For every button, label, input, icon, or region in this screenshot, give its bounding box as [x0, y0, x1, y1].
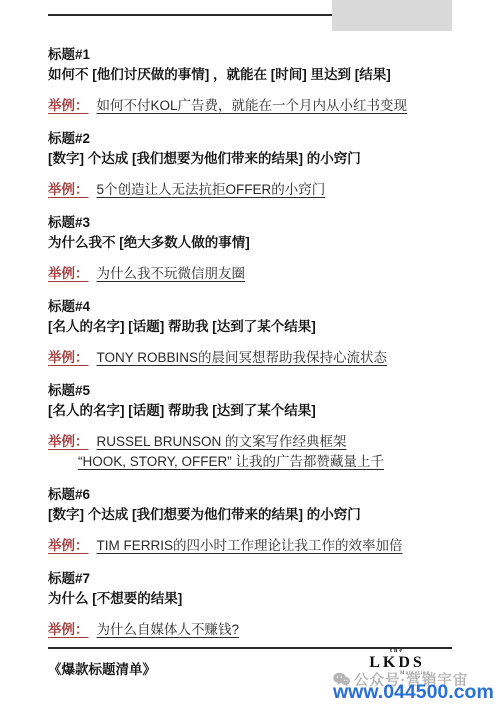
title-template-text: 为什么我不 [绝大多数人做的事情] [48, 233, 456, 252]
section-title: 标题#4 [48, 298, 456, 316]
example-row: 举例： 为什么自媒体人不赚钱? [48, 621, 456, 639]
example-row: 举例： 为什么我不玩微信朋友圈 [48, 265, 456, 283]
section-title: 标题#6 [48, 486, 456, 504]
section-title: 标题#1 [48, 46, 456, 64]
title-template-section: 标题#5 [名人的名字] [话题] 帮助我 [达到了某个结果] 举例： RUSS… [48, 382, 456, 471]
title-template-text: [名人的名字] [话题] 帮助我 [达到了某个结果] [48, 401, 456, 420]
example-label: 举例： [48, 181, 89, 199]
example-text: 如何不付KOL广告费，就能在一个月内从小红书变现 [97, 97, 408, 115]
example-text: 为什么自媒体人不赚钱? [97, 621, 240, 639]
example-row: 举例： 如何不付KOL广告费，就能在一个月内从小红书变现 [48, 97, 456, 115]
example-text: TIM FERRIS的四小时工作理论让我工作的效率加倍 [97, 537, 403, 555]
section-title: 标题#7 [48, 570, 456, 588]
document-footer-title: 《爆款标题清单》 [48, 658, 156, 678]
document-page: 标题#1 如何不 [他们讨厌做的事情] ，就能在 [时间] 里达到 [结果] 举… [0, 0, 500, 706]
example-label: 举例： [48, 349, 89, 367]
title-template-section: 标题#4 [名人的名字] [话题] 帮助我 [达到了某个结果] 举例： TONY… [48, 298, 456, 367]
example-text: 为什么我不玩微信朋友圈 [97, 265, 246, 283]
example-text-line2: “HOOK, STORY, OFFER” 让我的广告都赞藏量上千 [78, 453, 456, 471]
example-row: 举例： 5个创造让人无法抗拒OFFER的小窍门 [48, 181, 456, 199]
example-text: 5个创造让人无法抗拒OFFER的小窍门 [97, 181, 326, 199]
title-templates-list: 标题#1 如何不 [他们讨厌做的事情] ，就能在 [时间] 里达到 [结果] 举… [48, 46, 456, 654]
example-row: 举例： TONY ROBBINS的晨间冥想帮助我保持心流状态 [48, 349, 456, 367]
example-label: 举例： [48, 621, 89, 639]
example-text: RUSSEL BRUNSON 的文案写作经典框架 [97, 433, 347, 451]
title-template-section: 标题#3 为什么我不 [绝大多数人做的事情] 举例： 为什么我不玩微信朋友圈 [48, 214, 456, 283]
title-template-text: [数字] 个达成 [我们想要为他们带来的结果] 的小窍门 [48, 149, 456, 168]
top-right-gray-block [332, 0, 452, 31]
example-label: 举例： [48, 265, 89, 283]
title-template-section: 标题#2 [数字] 个达成 [我们想要为他们带来的结果] 的小窍门 举例： 5个… [48, 130, 456, 199]
title-template-text: [数字] 个达成 [我们想要为他们带来的结果] 的小窍门 [48, 505, 456, 524]
title-template-text: 为什么 [不想要的结果] [48, 589, 456, 608]
top-divider-line [48, 14, 333, 16]
example-label: 举例： [48, 97, 89, 115]
title-template-text: [名人的名字] [话题] 帮助我 [达到了某个结果] [48, 317, 456, 336]
example-text: TONY ROBBINS的晨间冥想帮助我保持心流状态 [97, 349, 388, 367]
example-label: 举例： [48, 537, 89, 555]
section-title: 标题#3 [48, 214, 456, 232]
title-template-section: 标题#7 为什么 [不想要的结果] 举例： 为什么自媒体人不赚钱? [48, 570, 456, 639]
watermark-url: www.044500.com [333, 681, 494, 704]
section-title: 标题#2 [48, 130, 456, 148]
title-template-text: 如何不 [他们讨厌做的事情] ，就能在 [时间] 里达到 [结果] [48, 65, 456, 84]
example-row: 举例： TIM FERRIS的四小时工作理论让我工作的效率加倍 [48, 537, 456, 555]
section-title: 标题#5 [48, 382, 456, 400]
title-template-section: 标题#1 如何不 [他们讨厌做的事情] ，就能在 [时间] 里达到 [结果] 举… [48, 46, 456, 115]
title-template-section: 标题#6 [数字] 个达成 [我们想要为他们带来的结果] 的小窍门 举例： TI… [48, 486, 456, 555]
example-label: 举例： [48, 433, 89, 451]
example-row: 举例： RUSSEL BRUNSON 的文案写作经典框架 [48, 433, 456, 451]
